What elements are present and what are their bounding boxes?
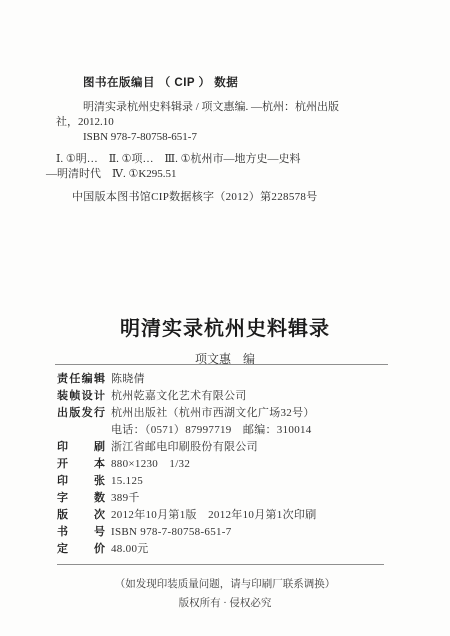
colophon-row-label: 字数 [57, 490, 105, 507]
colophon-row-label: 书号 [57, 524, 105, 541]
colophon-row-value: 陈晓倩 [111, 371, 145, 388]
colophon-row-label: 责任编辑 [57, 371, 105, 388]
footer-notices: （如发现印装质量问题，请与印刷厂联系调换） 版权所有 · 侵权必究 [0, 576, 450, 610]
colophon-row-value: 电话：（0571）87997719 邮编：310014 [111, 422, 312, 439]
cip-class-line-1: Ⅰ. ①明… Ⅱ. ①项… Ⅲ. ①杭州市—地方史—史料 [56, 152, 414, 167]
cip-entry: 明清实录杭州史料辑录 / 项文惠编. —杭州：杭州出版 社，2012.10 IS… [46, 100, 414, 145]
cip-classification: Ⅰ. ①明… Ⅱ. ①项… Ⅲ. ①杭州市—地方史—史料 —明清时代 Ⅳ. ①K… [46, 152, 414, 182]
colophon-row-isbn: 书号ISBN 978-7-80758-651-7 [57, 524, 317, 541]
colophon-row-phone: 电话：（0571）87997719 邮编：310014 [57, 422, 317, 439]
colophon-row-edition: 版次2012年10月第1版 2012年10月第1次印刷 [57, 507, 317, 524]
colophon-row-value: 2012年10月第1版 2012年10月第1次印刷 [111, 507, 317, 524]
cip-isbn-line: ISBN 978-7-80758-651-7 [83, 130, 414, 145]
colophon-row-value: 杭州乾嘉文化艺术有限公司 [111, 388, 247, 405]
cip-class-line-2: —明清时代 Ⅳ. ①K295.51 [46, 167, 414, 182]
divider-bottom [57, 564, 384, 565]
colophon-row-value: ISBN 978-7-80758-651-7 [111, 524, 232, 541]
cip-entry-line-2: 社，2012.10 [56, 115, 414, 130]
title-block: 明清实录杭州史料辑录 项文惠 编 [0, 312, 450, 367]
book-title: 明清实录杭州史料辑录 [0, 312, 450, 341]
colophon-row-label: 开本 [57, 456, 105, 473]
divider-top [55, 364, 388, 365]
colophon-row-value: 杭州出版社（杭州市西湖文化广场32号） [111, 405, 315, 422]
colophon-row-label: 印刷 [57, 439, 105, 456]
colophon-row-printer: 印刷浙江省邮电印刷股份有限公司 [57, 439, 317, 456]
colophon-row-value: 389千 [111, 490, 140, 507]
cip-heading: 图书在版编目 （ CIP ） 数据 [83, 76, 414, 91]
colophon-row-price: 定价48.00元 [57, 541, 317, 558]
colophon-row-value: 48.00元 [111, 541, 149, 558]
cip-entry-line-1: 明清实录杭州史料辑录 / 项文惠编. —杭州：杭州出版 [83, 100, 414, 115]
colophon-row-sheets: 印张15.125 [57, 473, 317, 490]
copyright-page: 图书在版编目 （ CIP ） 数据 明清实录杭州史料辑录 / 项文惠编. —杭州… [0, 0, 450, 636]
colophon-table: 责任编辑陈晓倩 装帧设计杭州乾嘉文化艺术有限公司 出版发行杭州出版社（杭州市西湖… [57, 371, 317, 558]
colophon-row-label: 印张 [57, 473, 105, 490]
colophon-row-wordcount: 字数389千 [57, 490, 317, 507]
colophon-row-editor: 责任编辑陈晓倩 [57, 371, 317, 388]
colophon-row-value: 15.125 [111, 473, 143, 490]
quality-notice: （如发现印装质量问题，请与印刷厂联系调换） [0, 576, 450, 591]
colophon-row-label: 版次 [57, 507, 105, 524]
colophon-row-publisher: 出版发行杭州出版社（杭州市西湖文化广场32号） [57, 405, 317, 422]
colophon-row-value: 880×1230 1/32 [111, 456, 190, 473]
colophon-row-label: 装帧设计 [57, 388, 105, 405]
copyright-notice: 版权所有 · 侵权必究 [0, 595, 450, 610]
colophon-row-design: 装帧设计杭州乾嘉文化艺术有限公司 [57, 388, 317, 405]
colophon-row-label: 定价 [57, 541, 105, 558]
colophon-row-value: 浙江省邮电印刷股份有限公司 [111, 439, 258, 456]
colophon-row-format: 开本880×1230 1/32 [57, 456, 317, 473]
cip-block: 图书在版编目 （ CIP ） 数据 明清实录杭州史料辑录 / 项文惠编. —杭州… [46, 76, 414, 205]
colophon-row-label: 出版发行 [57, 405, 105, 422]
cip-record-number: 中国版本图书馆CIP数据核字（2012）第228578号 [72, 190, 414, 205]
